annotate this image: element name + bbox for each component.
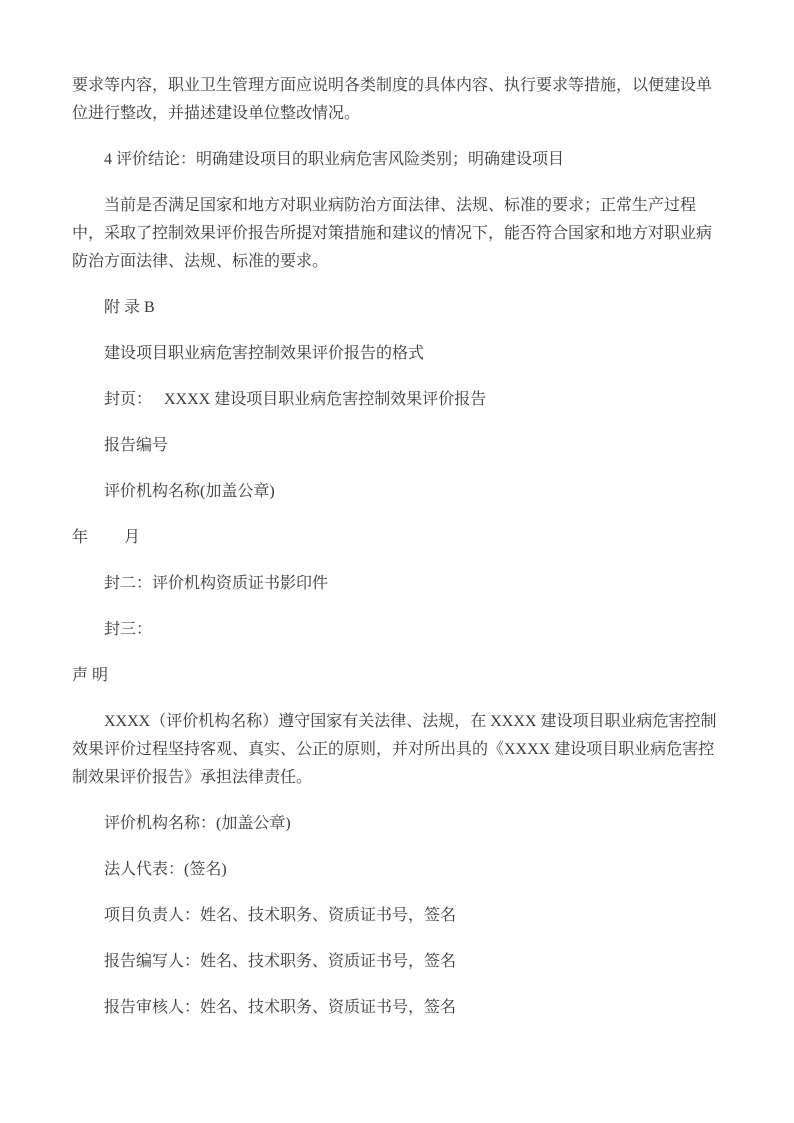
para-compliance: 当前是否满足国家和地方对职业病防治方面法律、法规、标准的要求；正常生产过程中，采… — [72, 192, 722, 276]
para-report-reviewer: 报告审核人：姓名、技术职务、资质证书号，签名 — [72, 994, 722, 1022]
para-year-month: 年 月 — [72, 524, 722, 552]
para-statement-body: XXXX（评价机构名称）遵守国家有关法律、法规，在 XXXX 建设项目职业病危害… — [72, 708, 722, 792]
para-cover-page: 封页： XXXX 建设项目职业病危害控制效果评价报告 — [72, 386, 722, 414]
para-org-name: 评价机构名称：(加盖公章) — [72, 810, 722, 838]
para-org-name-seal: 评价机构名称(加盖公章) — [72, 478, 722, 506]
para-report-writer: 报告编写人：姓名、技术职务、资质证书号，签名 — [72, 948, 722, 976]
para-project-leader: 项目负责人：姓名、技术职务、资质证书号，签名 — [72, 902, 722, 930]
para-eval-conclusion: 4 评价结论：明确建设项目的职业病危害风险类别；明确建设项目 — [72, 146, 722, 174]
document-page: 要求等内容，职业卫生管理方面应说明各类制度的具体内容、执行要求等措施，以便建设单… — [0, 0, 794, 1123]
heading-appendix-b: 附 录 B — [72, 294, 722, 322]
para-legal-representative: 法人代表：(签名) — [72, 856, 722, 884]
heading-statement: 声 明 — [72, 662, 722, 690]
heading-report-format: 建设项目职业病危害控制效果评价报告的格式 — [72, 340, 722, 368]
para-cover-three: 封三： — [72, 616, 722, 644]
para-overflow-requirements: 要求等内容，职业卫生管理方面应说明各类制度的具体内容、执行要求等措施，以便建设单… — [72, 72, 722, 128]
para-cover-two: 封二：评价机构资质证书影印件 — [72, 570, 722, 598]
para-report-number: 报告编号 — [72, 432, 722, 460]
